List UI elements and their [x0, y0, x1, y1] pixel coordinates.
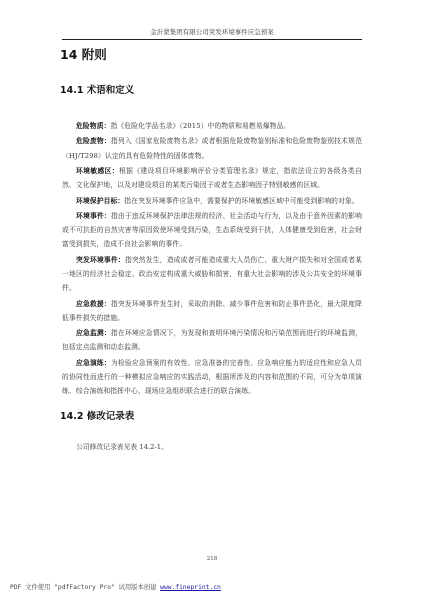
- definition-term: 突发环境事件：: [76, 256, 125, 264]
- definition-term: 危险废物：: [76, 137, 111, 145]
- page-content: 14 附则 14.1 术语和定义 危险物质：指《危险化学品名录》（2015）中的…: [62, 47, 362, 461]
- definition-term: 危险物质：: [76, 122, 110, 130]
- definition-text: 指在突发环境事件应急中，需要保护的环境敏感区域中可能受到影响的对象。: [124, 197, 359, 205]
- pdf-creator-notice: PDF 文件使用 "pdfFactory Pro" 试用版本创建 www.fin…: [10, 582, 221, 591]
- definition-item: 环境敏感区：根据《建设项目环境影响评价分类管理名录》规定，指依法设立的各级各类自…: [62, 164, 362, 192]
- header-divider: [62, 39, 362, 40]
- definition-item: 应急救援：指突发环境事件发生时，采取的消除、减少事件危害和防止事件恶化，最大限度…: [62, 297, 362, 325]
- definition-term: 应急监测：: [76, 329, 111, 337]
- definition-term: 环境敏感区：: [76, 167, 119, 175]
- definitions-list: 危险物质：指《危险化学品名录》（2015）中的物质和易燃易爆物品。 危险废物：指…: [62, 119, 362, 398]
- definition-text: 指《危险化学品名录》（2015）中的物质和易燃易爆物品。: [110, 122, 290, 130]
- definition-term: 环境事件：: [76, 212, 111, 220]
- pdf-notice-text: PDF 文件使用 "pdfFactory Pro" 试用版本创建: [10, 584, 160, 591]
- section-title-revision-log: 14.2 修改记录表: [60, 411, 362, 423]
- section-title-terms: 14.1 术语和定义: [60, 85, 362, 97]
- definition-item: 应急演练：为检验应急预案的有效性、应急准备的完善性、应急响应能力的适应性和应急人…: [62, 356, 362, 399]
- running-header: 金沂蒙集团有限公司突发环境事件应急预案: [62, 27, 362, 37]
- definition-term: 环境保护目标：: [76, 197, 124, 205]
- definition-term: 应急演练：: [76, 359, 111, 367]
- definition-term: 应急救援：: [76, 300, 111, 308]
- page-number: 218: [0, 556, 424, 562]
- chapter-title: 14 附则: [60, 47, 362, 63]
- definition-item: 危险废物：指列入《国家危险废物名录》或者根据危险废物鉴别标准和危险废物鉴别技术规…: [62, 134, 362, 162]
- definition-item: 突发环境事件：指突然发生，造成或者可能造成重大人员伤亡、重大财产损失和对全国或者…: [62, 253, 362, 296]
- definition-item: 环境保护目标：指在突发环境事件应急中，需要保护的环境敏感区域中可能受到影响的对象…: [62, 194, 362, 208]
- definition-item: 危险物质：指《危险化学品名录》（2015）中的物质和易燃易爆物品。: [62, 119, 362, 133]
- definition-item: 应急监测：指在环境应急情况下，为发现和查明环境污染情况和污染范围而进行的环境监测…: [62, 326, 362, 354]
- definition-item: 环境事件：指由于违反环境保护法律法规的经济、社会活动与行为，以及由于意外因素的影…: [62, 209, 362, 252]
- revision-log-reference: 公司修改记录表见表 14.2-1。: [62, 440, 362, 454]
- fineprint-link[interactable]: www.fineprint.cn: [160, 584, 221, 591]
